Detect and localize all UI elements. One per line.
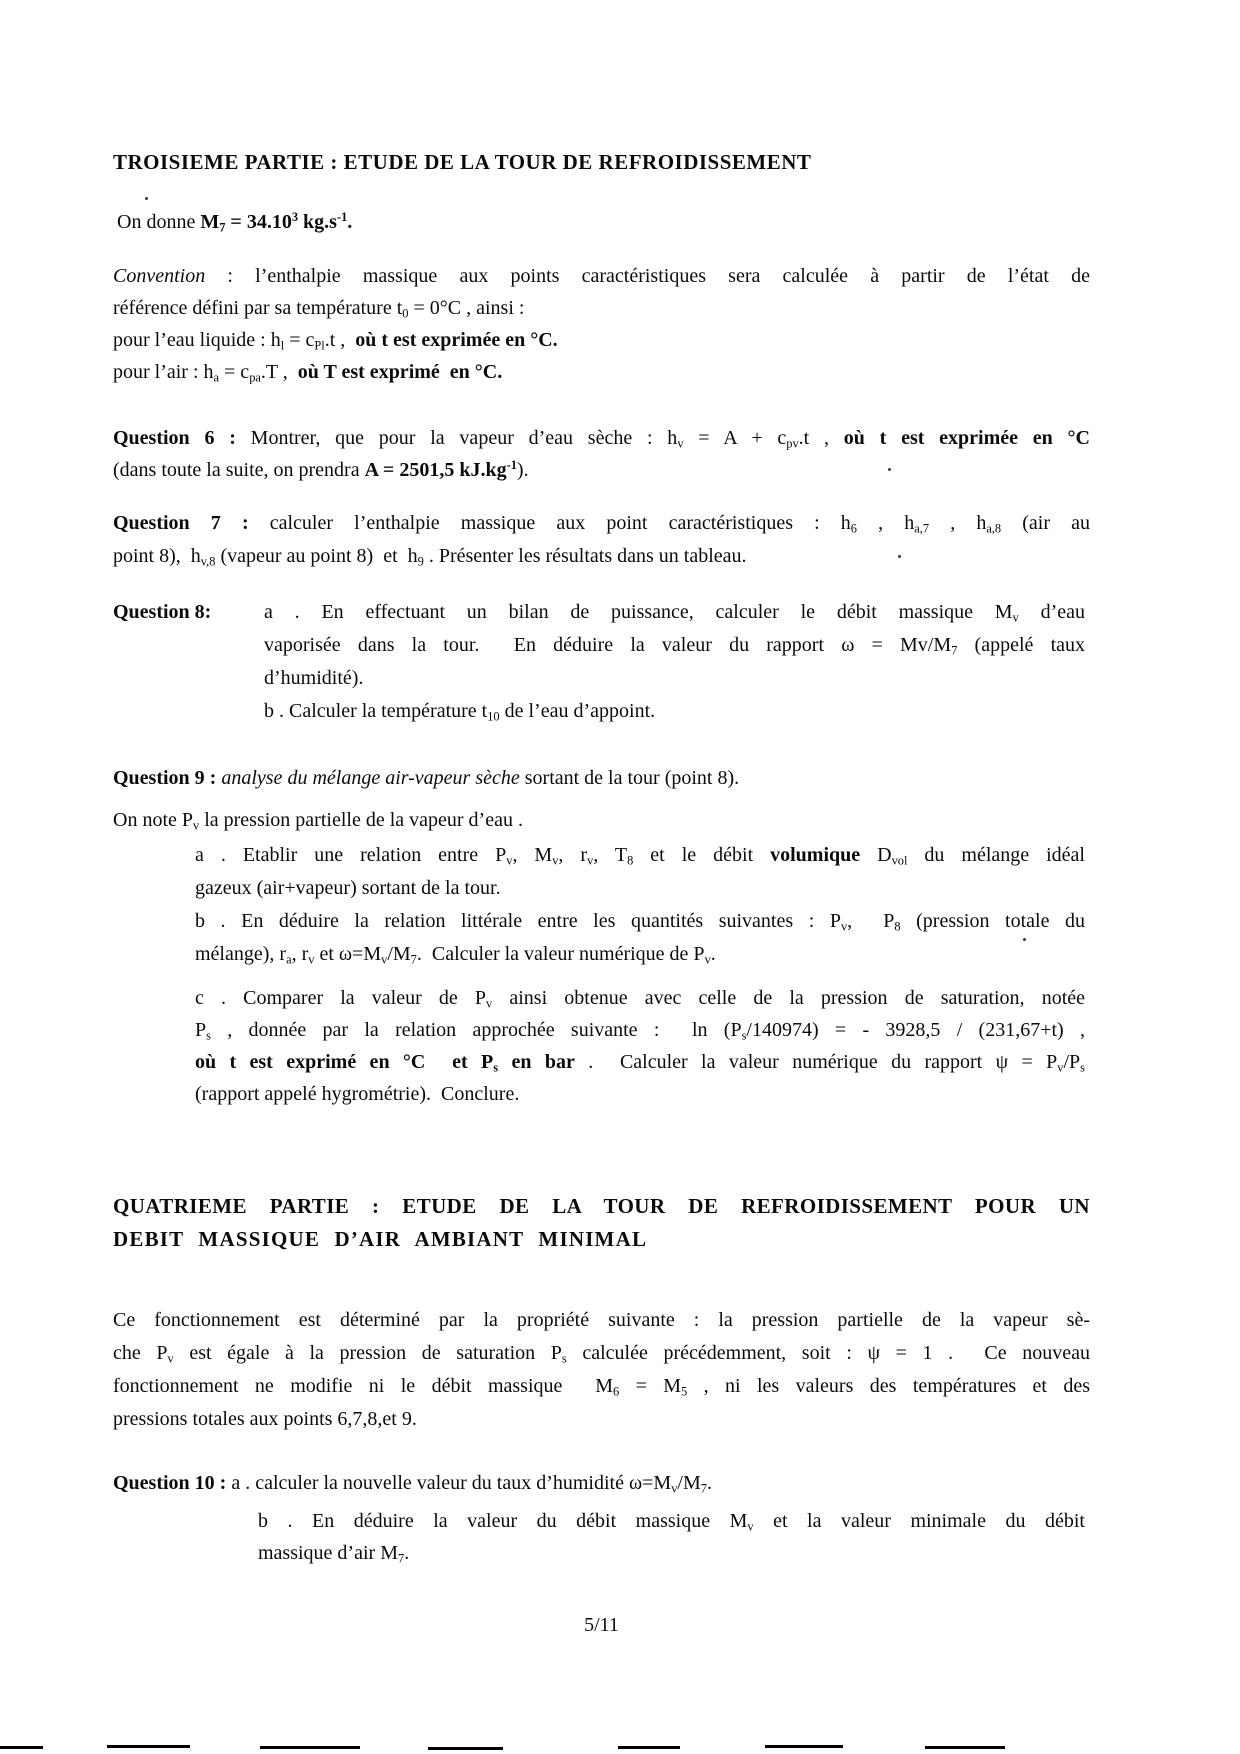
- scan-artifact-dash: [260, 1746, 360, 1749]
- part4-paragraph-line-2: che Pv est égale à la pression de satura…: [113, 1337, 1090, 1370]
- convention-line-2: référence défini par sa température t0 =…: [113, 292, 1090, 324]
- question-7: Question 7 : calculer l’enthalpie massiq…: [113, 507, 1090, 573]
- question-9c-line-2: Ps , donnée par la relation approchée su…: [195, 1014, 1085, 1046]
- question-6-line-2: (dans toute la suite, on prendra A = 250…: [113, 454, 1090, 486]
- question-8b-line: b . Calculer la température t10 de l’eau…: [264, 695, 1085, 728]
- question-10-line-1: Question 10 : a . calculer la nouvelle v…: [113, 1467, 1090, 1500]
- question-9b-line-1: b . En déduire la relation littérale ent…: [195, 905, 1085, 938]
- scan-artifact-dot: [888, 468, 891, 471]
- question-7-line-2: point 8), hv,8 (vapeur au point 8) et h9…: [113, 540, 1090, 573]
- scan-artifact-dash: [0, 1746, 43, 1749]
- part4-paragraph-line-3: fonctionnement ne modifie ni le débit ma…: [113, 1370, 1090, 1403]
- question-8-label: Question 8:: [113, 596, 211, 629]
- question-10b-line-2: massique d’air M7.: [258, 1537, 1085, 1569]
- question-9-heading: Question 9 : analyse du mélange air-vape…: [113, 762, 1090, 795]
- part4-paragraph: Ce fonctionnement est déterminé par la p…: [113, 1304, 1090, 1436]
- scan-artifact-dash: [107, 1745, 190, 1748]
- question-9b-line-2: mélange), ra, rv et ω=Mv/M7. Calculer la…: [195, 938, 1085, 971]
- part3-title: TROISIEME PARTIE : ETUDE DE LA TOUR DE R…: [113, 146, 1090, 179]
- question-9-item-c: c . Comparer la valeur de Pv ainsi obten…: [195, 982, 1085, 1110]
- question-8a-line-2: vaporisée dans la tour. En déduire la va…: [264, 629, 1085, 662]
- part4-title-line-1: QUATRIEME PARTIE : ETUDE DE LA TOUR DE R…: [113, 1190, 1090, 1223]
- question-9-items-ab: a . Etablir une relation entre Pv, Mv, r…: [195, 839, 1085, 971]
- part4-paragraph-line-4: pressions totales aux points 6,7,8,et 9.: [113, 1403, 1090, 1436]
- question-9a-line-2: gazeux (air+vapeur) sortant de la tour.: [195, 872, 1085, 905]
- scan-artifact-dash: [765, 1745, 843, 1748]
- part4-paragraph-line-1: Ce fonctionnement est déterminé par la p…: [113, 1304, 1090, 1337]
- given-data-line: On donne M7 = 34.103 kg.s-1.: [117, 206, 352, 239]
- convention-paragraph: Convention : l’enthalpie massique aux po…: [113, 260, 1090, 388]
- question-9c-line-1: c . Comparer la valeur de Pv ainsi obten…: [195, 982, 1085, 1014]
- question-6: Question 6 : Montrer, que pour la vapeur…: [113, 422, 1090, 486]
- scan-artifact-dot: [145, 197, 148, 200]
- scan-artifact-dot: [898, 555, 901, 558]
- scan-artifact-dash: [618, 1746, 680, 1749]
- question-9c-line-3: où t est exprimé en °C et Ps en bar . Ca…: [195, 1046, 1085, 1078]
- part4-title-line-2: DEBIT MASSIQUE D’AIR AMBIANT MINIMAL: [113, 1223, 1090, 1256]
- question-8a-line-3: d’humidité).: [264, 662, 1085, 695]
- scan-artifact-dash: [925, 1746, 1005, 1749]
- question-9-intro: On note Pv la pression partielle de la v…: [113, 804, 1090, 837]
- part4-title: QUATRIEME PARTIE : ETUDE DE LA TOUR DE R…: [113, 1190, 1090, 1256]
- scan-artifact-dash: [428, 1747, 503, 1750]
- question-8a-line-1: a . En effectuant un bilan de puissance,…: [264, 596, 1085, 629]
- scan-artifact-dot: [1023, 938, 1026, 941]
- air-enthalpy-rule: pour l’air : ha = cpa.T , où T est expri…: [113, 356, 1090, 388]
- question-9a-line-1: a . Etablir une relation entre Pv, Mv, r…: [195, 839, 1085, 872]
- question-6-line-1: Question 6 : Montrer, que pour la vapeur…: [113, 422, 1090, 454]
- convention-line-1: Convention : l’enthalpie massique aux po…: [113, 260, 1090, 292]
- question-10b-line-1: b . En déduire la valeur du débit massiq…: [258, 1505, 1085, 1537]
- question-8-items: a . En effectuant un bilan de puissance,…: [264, 596, 1085, 728]
- question-9c-line-4: (rapport appelé hygrométrie). Conclure.: [195, 1078, 1085, 1110]
- question-10-item-b: b . En déduire la valeur du débit massiq…: [258, 1505, 1085, 1569]
- question-7-line-1: Question 7 : calculer l’enthalpie massiq…: [113, 507, 1090, 540]
- page-number: 5/11: [113, 1609, 1090, 1642]
- water-enthalpy-rule: pour l’eau liquide : hl = cPl.t , où t e…: [113, 324, 1090, 356]
